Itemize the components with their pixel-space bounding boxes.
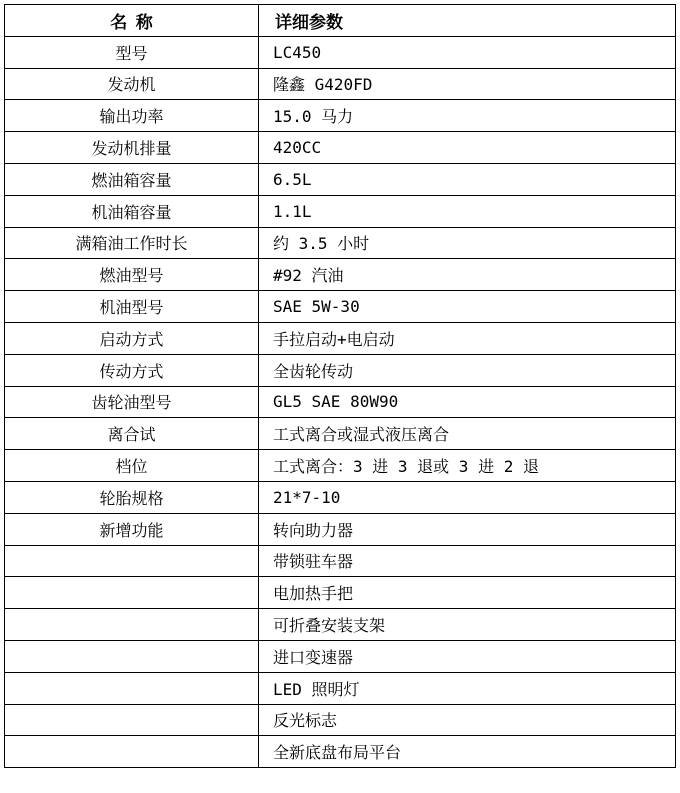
spec-label [5,672,259,704]
spec-label [5,736,259,768]
spec-value: 带锁驻车器 [259,545,676,577]
table-row: 档位 工式离合：3 进 3 退或 3 进 2 退 [5,450,676,482]
spec-value: LC450 [259,36,676,68]
spec-value: 转向助力器 [259,513,676,545]
spec-value: 约 3.5 小时 [259,227,676,259]
table-row: 全新底盘布局平台 [5,736,676,768]
spec-value: SAE 5W-30 [259,291,676,323]
spec-value: 工式离合：3 进 3 退或 3 进 2 退 [259,450,676,482]
spec-value: 工式离合或湿式液压离合 [259,418,676,450]
spec-value: 进口变速器 [259,640,676,672]
spec-label: 燃油型号 [5,259,259,291]
table-row: 输出功率 15.0 马力 [5,100,676,132]
spec-label: 发动机 [5,68,259,100]
table-row: 齿轮油型号 GL5 SAE 80W90 [5,386,676,418]
spec-label: 齿轮油型号 [5,386,259,418]
spec-value: GL5 SAE 80W90 [259,386,676,418]
table-row: 燃油型号 #92 汽油 [5,259,676,291]
table-row: 发动机排量 420CC [5,132,676,164]
table-row: 机油型号 SAE 5W-30 [5,291,676,323]
spec-value: LED 照明灯 [259,672,676,704]
spec-value: #92 汽油 [259,259,676,291]
spec-value: 全新底盘布局平台 [259,736,676,768]
spec-label: 输出功率 [5,100,259,132]
spec-value: 全齿轮传动 [259,354,676,386]
spec-value: 1.1L [259,195,676,227]
spec-value: 21*7-10 [259,481,676,513]
table-row: 进口变速器 [5,640,676,672]
table-row: 带锁驻车器 [5,545,676,577]
spec-value: 手拉启动+电启动 [259,322,676,354]
table-row: 新增功能 转向助力器 [5,513,676,545]
spec-label [5,704,259,736]
spec-value: 隆鑫 G420FD [259,68,676,100]
table-header-row: 名 称 详细参数 [5,5,676,37]
table-row: 燃油箱容量 6.5L [5,163,676,195]
spec-label: 轮胎规格 [5,481,259,513]
spec-value: 可折叠安装支架 [259,609,676,641]
spec-value: 6.5L [259,163,676,195]
table-row: 机油箱容量 1.1L [5,195,676,227]
table-row: 启动方式 手拉启动+电启动 [5,322,676,354]
table-row: 离合试 工式离合或湿式液压离合 [5,418,676,450]
spec-label: 启动方式 [5,322,259,354]
table-row: 型号 LC450 [5,36,676,68]
spec-value: 电加热手把 [259,577,676,609]
table-row: 传动方式 全齿轮传动 [5,354,676,386]
spec-label [5,545,259,577]
column-header-params: 详细参数 [259,5,676,37]
spec-label: 新增功能 [5,513,259,545]
spec-label: 型号 [5,36,259,68]
table-row: 电加热手把 [5,577,676,609]
spec-label [5,640,259,672]
table-row: 轮胎规格 21*7-10 [5,481,676,513]
spec-value: 15.0 马力 [259,100,676,132]
spec-label: 传动方式 [5,354,259,386]
spec-value: 420CC [259,132,676,164]
spec-label: 机油型号 [5,291,259,323]
table-row: LED 照明灯 [5,672,676,704]
column-header-name: 名 称 [5,5,259,37]
spec-value: 反光标志 [259,704,676,736]
spec-label: 档位 [5,450,259,482]
table-row: 反光标志 [5,704,676,736]
table-row: 发动机 隆鑫 G420FD [5,68,676,100]
spec-label: 机油箱容量 [5,195,259,227]
spec-table: 名 称 详细参数 型号 LC450 发动机 隆鑫 G420FD 输出功率 15.… [4,4,676,768]
table-row: 可折叠安装支架 [5,609,676,641]
spec-label [5,609,259,641]
spec-label: 发动机排量 [5,132,259,164]
spec-label: 燃油箱容量 [5,163,259,195]
spec-label: 满箱油工作时长 [5,227,259,259]
table-row: 满箱油工作时长 约 3.5 小时 [5,227,676,259]
spec-label: 离合试 [5,418,259,450]
spec-label [5,577,259,609]
